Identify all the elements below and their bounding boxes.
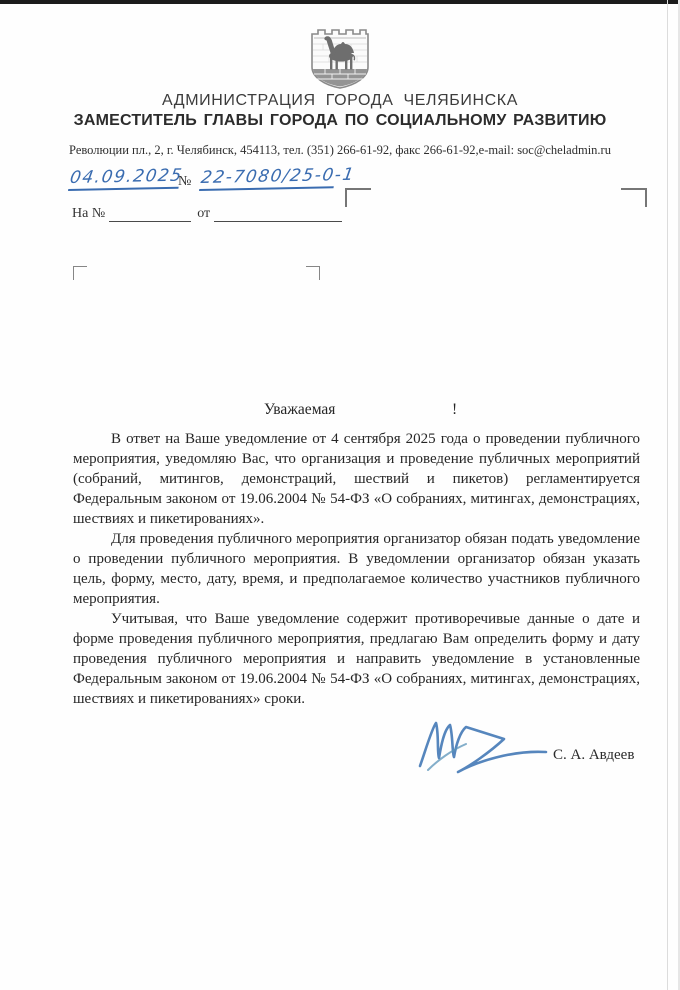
reply-prefix-label: На № <box>72 206 105 221</box>
addressee-zone-corner-right <box>621 188 647 207</box>
subject-zone-corner-left <box>73 266 87 280</box>
organization-name: АДМИНИСТРАЦИЯ ГОРОДА ЧЕЛЯБИНСКА <box>0 92 680 110</box>
paragraph-2: Для проведения публичного мероприятия ор… <box>73 529 640 609</box>
subject-zone-corner-right <box>306 266 320 280</box>
salutation-exclamation: ! <box>452 401 457 419</box>
reply-reference-row: На №от <box>72 206 342 222</box>
scanned-letter-page: АДМИНИСТРАЦИЯ ГОРОДА ЧЕЛЯБИНСКА ЗАМЕСТИТ… <box>0 0 680 990</box>
paragraph-1: В ответ на Ваше уведомление от 4 сентябр… <box>73 429 640 529</box>
addressee-zone-corner-left <box>345 188 371 207</box>
number-sign: № <box>178 174 191 190</box>
handwritten-date: 04.09.2025 <box>68 166 182 191</box>
reply-date-blank <box>214 207 342 222</box>
letterhead-address: Революции пл., 2, г. Челябинск, 454113, … <box>0 143 680 158</box>
letterhead-title: ЗАМЕСТИТЕЛЬ ГЛАВЫ ГОРОДА ПО СОЦИАЛЬНОМУ … <box>0 112 680 130</box>
letter-body: В ответ на Ваше уведомление от 4 сентябр… <box>73 429 640 709</box>
handwritten-outgoing-number: 22-7080/25-0-1 <box>199 165 337 191</box>
handwritten-signature <box>408 710 558 795</box>
salutation-text: Уважаемая <box>264 401 335 419</box>
signer-name: С. А. Авдеев <box>553 747 634 764</box>
scan-edge-top <box>0 0 680 4</box>
reply-number-blank <box>109 207 191 222</box>
reply-from-label: от <box>197 206 210 221</box>
chelyabinsk-coat-of-arms-icon <box>307 25 373 93</box>
paragraph-3: Учитывая, что Ваше уведомление содержит … <box>73 609 640 709</box>
